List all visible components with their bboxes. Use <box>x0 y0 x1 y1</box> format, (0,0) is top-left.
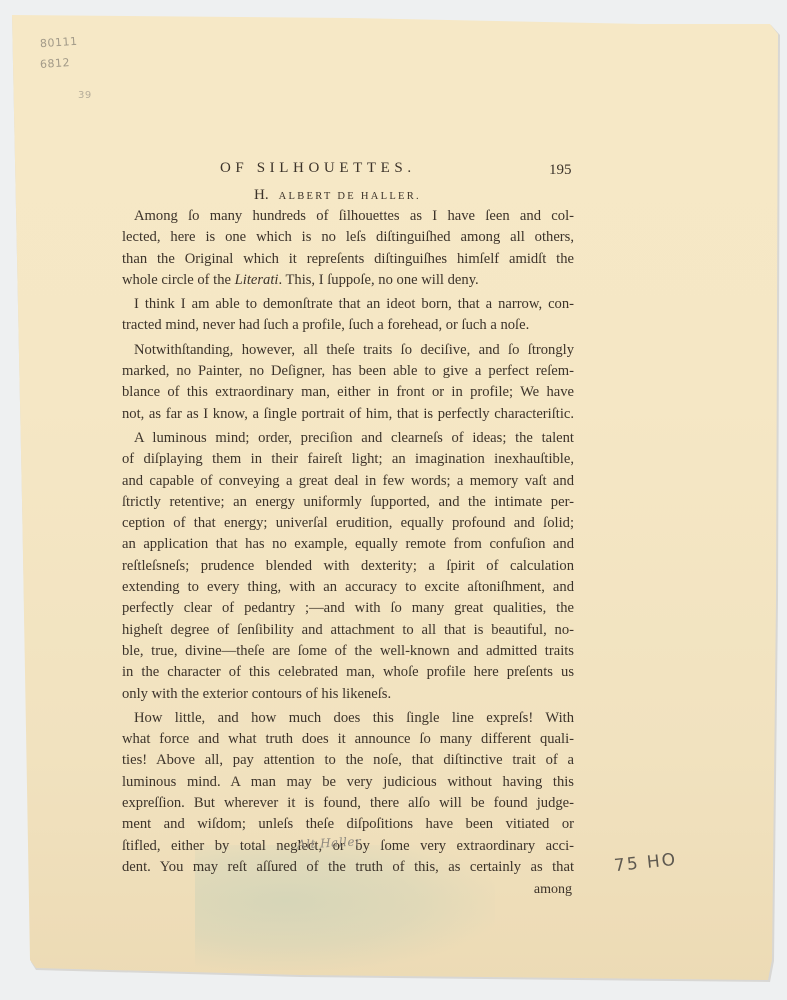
pencil-note-3: 39 <box>78 90 92 101</box>
text-line: tracted mind, never had ſuch a profile, … <box>122 315 574 336</box>
text-line: ment and wiſdom; unleſs theſe diſpoſitio… <box>122 814 574 835</box>
text-line: How little, and how much does this ſingl… <box>122 708 574 729</box>
text-line: Among ſo many hundreds of ſilhouettes as… <box>122 206 574 227</box>
paragraph-3: Notwithſtanding, however, all theſe trai… <box>122 340 574 425</box>
section-heading: H.ALBERT DE HALLER. <box>254 184 574 206</box>
text-line: ble, true, divine—theſe are ſome of the … <box>122 641 574 662</box>
catchword: among <box>122 882 574 898</box>
paragraph-2: I think I am able to demonſtrate that an… <box>122 294 574 337</box>
text-line: higheſt degree of ſenſibility and attach… <box>122 620 574 641</box>
text-line: I think I am able to demonſtrate that an… <box>122 294 574 315</box>
paragraph-1: Among ſo many hundreds of ſilhouettes as… <box>122 206 574 291</box>
paragraph-4: A luminous mind; order, preciſion and cl… <box>122 428 574 705</box>
page-title: OF SILHOUETTES. <box>220 160 416 177</box>
text-line: marked, no Painter, no Deſigner, has bee… <box>122 361 574 382</box>
running-head: OF SILHOUETTES. 195 <box>122 160 574 184</box>
text-line: of diſplaying them in their faireſt ligh… <box>122 449 574 470</box>
text-line: not, as far as I know, a ſingle portrait… <box>122 404 574 425</box>
text-line: ties! Above all, pay attention to the no… <box>122 750 574 771</box>
section-letter: H. <box>254 187 269 203</box>
text-line: ſtrictly retentive; an energy uniformly … <box>122 492 574 513</box>
text-line: an application that has no example, equa… <box>122 534 574 555</box>
text-line: luminous mind. A man may be very judicio… <box>122 772 574 793</box>
pencil-note-2: 6812 <box>40 56 71 71</box>
text-line: expreſſion. But wherever it is found, th… <box>122 793 574 814</box>
text-line: than the Original which it repreſents di… <box>122 249 574 270</box>
text-line: A luminous mind; order, preciſion and cl… <box>122 428 574 449</box>
text-line: lected, here is one which is no leſs diſ… <box>122 227 574 248</box>
text-line: dent. You may reſt aſſured of the truth … <box>122 857 574 878</box>
text-line: ception of that energy; univerſal erudit… <box>122 513 574 534</box>
pencil-note-1: 80111 <box>40 35 78 51</box>
section-name: ALBERT DE HALLER. <box>279 191 421 202</box>
text-line: what force and what truth does it announ… <box>122 729 574 750</box>
text-line: only with the exterior contours of his l… <box>122 684 574 705</box>
text-line: and capable of conveying a great deal in… <box>122 471 574 492</box>
text-line: whole circle of the Literati. This, I ſu… <box>122 270 574 291</box>
text-line: reſtleſsneſs; prudence blended with dext… <box>122 556 574 577</box>
page-number: 195 <box>549 162 572 179</box>
paragraph-5: How little, and how much does this ſingl… <box>122 708 574 878</box>
text-line: blance of this extraordinary man, either… <box>122 382 574 403</box>
text-line: in the character of this celebrated man,… <box>122 662 574 683</box>
text-line: Notwithſtanding, however, all theſe trai… <box>122 340 574 361</box>
text-line: extending to every thing, with an accura… <box>122 577 574 598</box>
page-text: OF SILHOUETTES. 195 H.ALBERT DE HALLER. … <box>122 160 574 898</box>
text-line: perfectly clear of pedantry ;—and with ſ… <box>122 598 574 619</box>
